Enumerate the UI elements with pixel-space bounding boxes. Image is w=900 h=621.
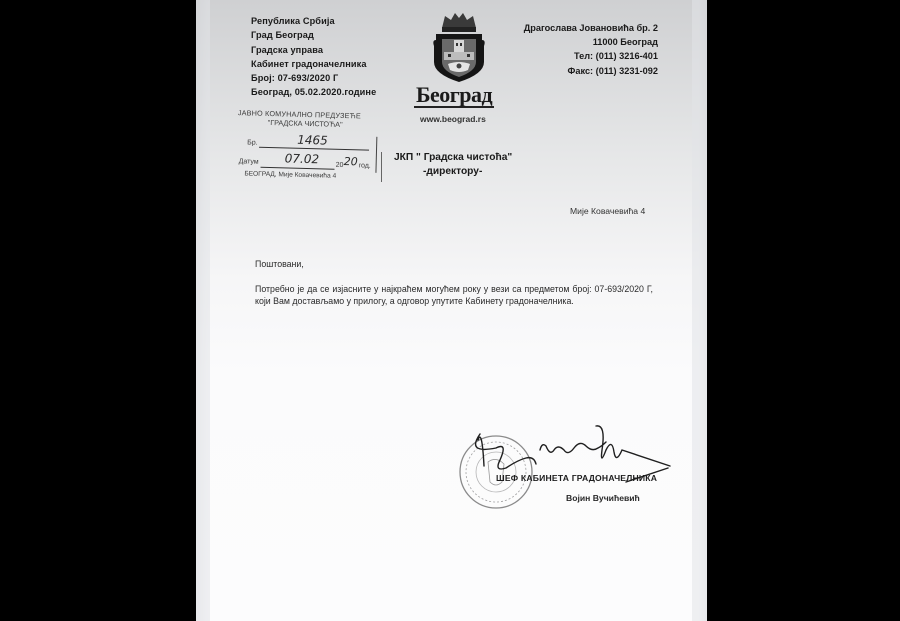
stamp-date-label: Датум: [239, 158, 259, 166]
belgrade-coat-of-arms-icon: [418, 10, 500, 90]
logo-wordmark: Београд: [414, 84, 494, 108]
sender-office: Кабинет градоначелника: [251, 57, 376, 71]
sender-block: Република Србија Град Београд Градска уп…: [251, 14, 376, 100]
stamp-year-prefix: 20: [336, 162, 344, 169]
stamp-date-value: 07.02: [285, 151, 320, 166]
page-edge-right: [692, 0, 707, 621]
stamp-number-value: 1465: [297, 133, 328, 148]
stamp-year-value: 20: [344, 155, 358, 168]
phone-number: Тел: (011) 3216-401: [524, 49, 658, 63]
stamp-year-suffix: год.: [359, 162, 371, 169]
recipient-divider: [381, 152, 382, 182]
sender-administration: Градска управа: [251, 43, 376, 57]
greeting: Поштовани,: [255, 259, 304, 269]
handwritten-signature-icon: [456, 420, 686, 520]
signature-area: [456, 420, 686, 520]
street-address: Драгослава Јовановића бр. 2: [524, 21, 658, 35]
recipient-address: Мије Ковачевића 4: [570, 206, 645, 216]
recipient-title: -директору-: [394, 165, 512, 179]
stamp-address: БЕОГРАД, Мије Ковачевића 4: [244, 170, 336, 179]
reference-number: Број: 07-693/2020 Г: [251, 71, 376, 85]
document-date: Београд, 05.02.2020.године: [251, 85, 376, 99]
website-link[interactable]: www.beograd.rs: [420, 114, 486, 124]
signatory-name: Војин Вучићевић: [566, 493, 640, 503]
page-edge-left: [196, 0, 210, 621]
recipient-block: ЈКП " Градска чистоћа" -директору-: [394, 151, 512, 179]
sender-country: Република Србија: [251, 14, 376, 28]
fax-number: Факс: (011) 3231-092: [524, 64, 658, 78]
postal-city: 11000 Београд: [524, 35, 658, 49]
stamp-org-line2: "ГРАДСКА ЧИСТОЋА": [268, 118, 343, 129]
received-stamp: ЈАВНО КОМУНАЛНО ПРЕДУЗЕЋЕ "ГРАДСКА ЧИСТО…: [236, 108, 378, 192]
sender-city: Град Београд: [251, 28, 376, 42]
letter-body: Потребно је да се изјасните у најкраћем …: [255, 284, 653, 308]
stamp-number-label: Бр.: [247, 139, 258, 146]
signatory-title: ШЕФ КАБИНЕТА ГРАДОНАЧЕЛНИКА: [496, 473, 657, 483]
contact-block: Драгослава Јовановића бр. 2 11000 Београ…: [524, 21, 658, 78]
recipient-organization: ЈКП " Градска чистоћа": [394, 151, 512, 165]
